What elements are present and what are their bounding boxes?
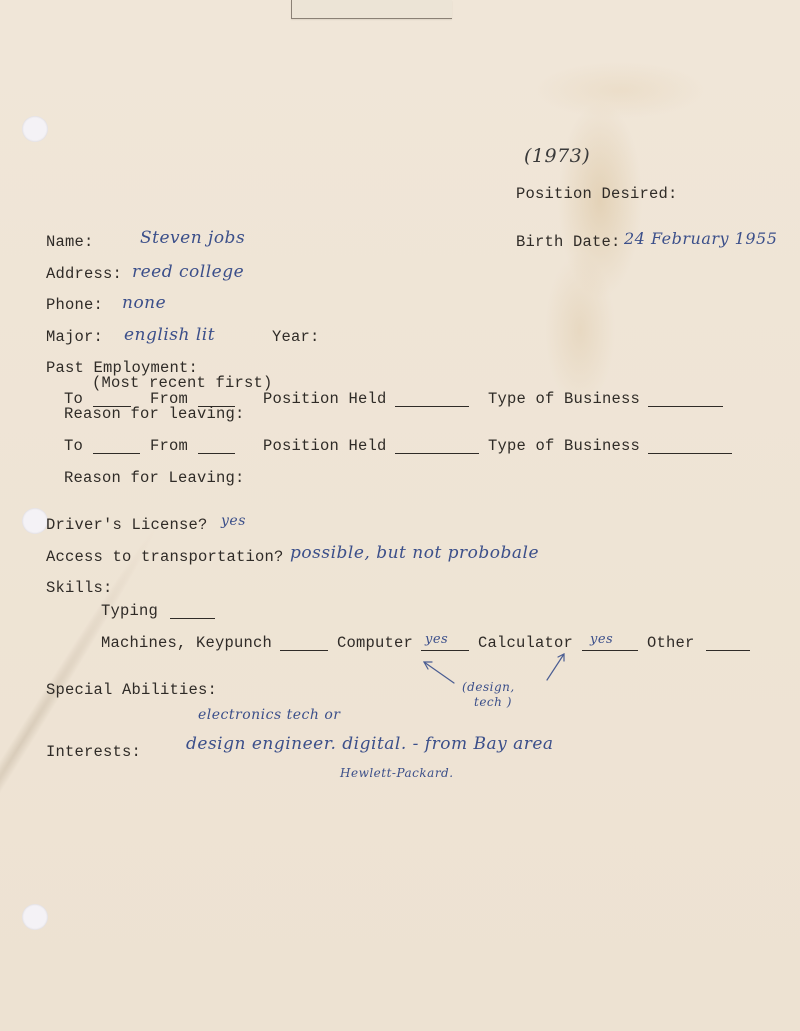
interests-label: Interests: — [46, 743, 141, 761]
special-abilities-label: Special Abilities: — [46, 681, 217, 699]
interests-value: design engineer. digital. - from Bay are… — [186, 734, 554, 754]
skills-annotation-line1: (design, — [462, 680, 515, 694]
special-abilities-value: electronics tech or — [198, 707, 340, 723]
interests-value-line2: Hewlett-Packard. — [340, 766, 454, 780]
annotation-arrows-icon — [0, 0, 800, 1031]
skills-annotation-line2: tech ) — [474, 695, 512, 709]
